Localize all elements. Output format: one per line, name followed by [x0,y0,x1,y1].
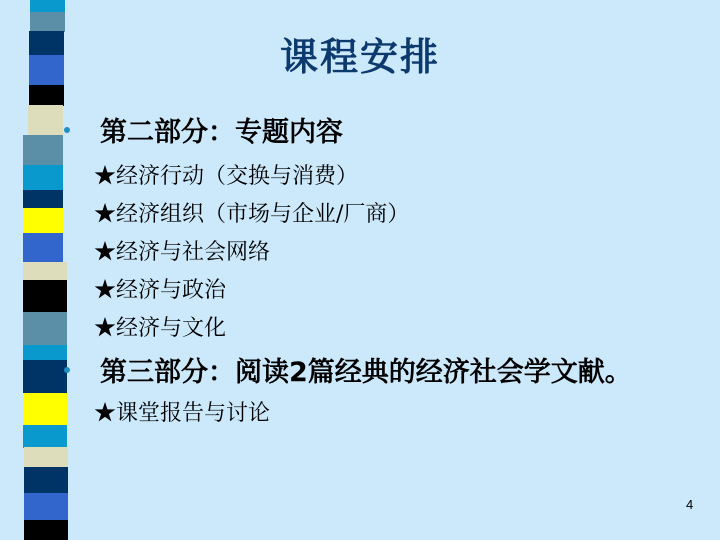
page-number: 4 [686,497,693,512]
list-item: ★经济组织（市场与企业/厂商） [94,197,409,228]
slide-title: 课程安排 [0,26,720,81]
stripe-segment [29,85,64,106]
stripe-segment [23,208,63,234]
list-item: ★经济行动（交换与消费） [94,159,358,190]
list-item: ★经济与社会网络 [94,235,270,266]
stripe-segment [23,393,67,426]
stripe-segment [23,280,67,313]
bullet-dot-icon [64,127,70,133]
stripe-segment [23,360,67,394]
bullet-dot-icon [64,367,70,373]
section-heading-row: 第二部分：专题内容 [64,110,343,149]
stripe-segment [23,312,67,346]
stripe-segment [23,233,63,263]
stripe-segment [23,262,67,281]
list-item: ★课堂报告与讨论 [94,396,270,427]
stripe-segment [24,447,68,468]
stripe-segment [24,467,68,494]
section-heading-row: 第三部分：阅读2篇经典的经济社会学文献。 [64,350,632,389]
stripe-segment [24,520,68,540]
stripe-segment [28,105,63,136]
decorative-stripe [0,0,80,540]
stripe-segment [23,190,63,209]
list-item: ★经济与政治 [94,273,226,304]
section-heading: 第三部分：阅读2篇经典的经济社会学文献。 [100,350,632,389]
stripe-segment [23,135,63,166]
stripe-segment [23,345,67,361]
stripe-segment [23,425,67,448]
list-item: ★经济与文化 [94,311,226,342]
stripe-segment [23,165,63,191]
stripe-segment [24,493,68,521]
section-heading: 第二部分：专题内容 [100,110,343,149]
